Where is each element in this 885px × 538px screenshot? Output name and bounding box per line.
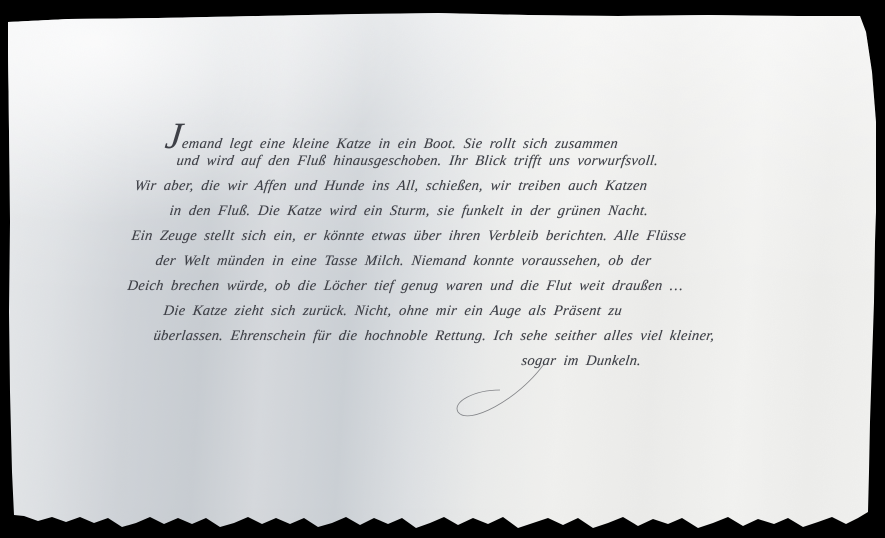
manuscript-line-10: sogar im Dunkeln.: [520, 349, 879, 374]
photograph-background: Jemand legt eine kleine Katze in ein Boo…: [0, 0, 885, 538]
manuscript-line-2: und wird auf den Fluß hinausgeschoben. I…: [175, 149, 879, 174]
manuscript-line-1: Jemand legt eine kleine Katze in ein Boo…: [164, 124, 879, 149]
manuscript-paper-sheet: Jemand legt eine kleine Katze in ein Boo…: [8, 12, 876, 530]
manuscript-line-8: Die Katze zieht sich zurück. Nicht, ohne…: [162, 299, 879, 324]
manuscript-line-6: der Welt münden in eine Tasse Milch. Nie…: [154, 249, 879, 274]
manuscript-line-4: in den Fluß. Die Katze wird ein Sturm, s…: [168, 199, 879, 224]
manuscript-line-7: Deich brechen würde, ob die Löcher tief …: [126, 274, 879, 299]
manuscript-line-3: Wir aber, die wir Affen und Hunde ins Al…: [133, 174, 879, 199]
manuscript-line-5: Ein Zeuge stellt sich ein, er könnte etw…: [130, 224, 879, 249]
calligraphy-text-block: Jemand legt eine kleine Katze in ein Boo…: [8, 124, 876, 374]
manuscript-line-9: überlassen. Ehrenschein für die hochnobl…: [152, 324, 879, 349]
